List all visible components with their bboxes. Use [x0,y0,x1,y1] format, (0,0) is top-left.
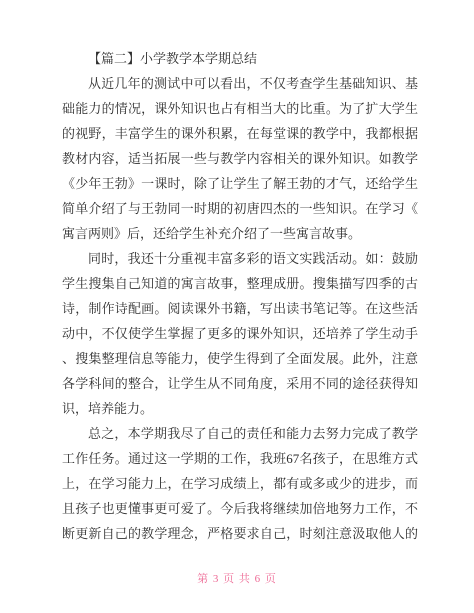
paragraph: 从近几年的测试中可以看出，不仅考查学生基础知识、基 础能力的情况，课外知识也占有… [62,71,418,246]
text-line: 且孩子也更懂事更可爱了。今后我将继续加倍地努力工作，不 [62,496,418,521]
document-body: 【篇二】小学教学本学期总结 从近几年的测试中可以看出，不仅考查学生基础知识、基 … [62,46,418,546]
text-line: 上，在学习能力上，在学习成绩上，都有或多或少的进步，而 [62,471,418,496]
document-title: 【篇二】小学教学本学期总结 [62,46,418,71]
text-line: 诗，制作诗配画。阅读课外书籍，写出读书笔记等。在这些活 [62,296,418,321]
paragraph: 同时，我还十分重视丰富多彩的语文实践活动。如：鼓励 学生搜集自己知道的寓言故事，… [62,246,418,421]
text-line: 动中，不仅使学生掌握了更多的课外知识，还培养了学生动手 [62,321,418,346]
text-line: 础能力的情况，课外知识也占有相当大的比重。为了扩大学生 [62,96,418,121]
text-line: 工作任务。通过这一学期的工作，我班67名孩子，在思维方式 [62,446,418,471]
text-line: 教材内容，适当拓展一些与教学内容相关的课外知识。如教学 [62,146,418,171]
text-line: 识，培养能力。 [62,396,418,421]
text-line: 简单介绍了与王勃同一时期的初唐四杰的一些知识。在学习《 [62,196,418,221]
text-line: 寓言两则》后，还给学生补充介绍了一些寓言故事。 [62,221,418,246]
text-line: 断更新自己的教学理念，严格要求自己，时刻注意汲取他人的 [62,521,418,546]
text-line: 、搜集整理信息等能力，使学生得到了全面发展。此外，注意 [62,346,418,371]
text-line: 各学科间的整合，让学生从不同角度，采用不同的途径获得知 [62,371,418,396]
text-line: 的视野，丰富学生的课外积累，在每堂课的教学中，我都根据 [62,121,418,146]
document-page: 【篇二】小学教学本学期总结 从近几年的测试中可以看出，不仅考查学生基础知识、基 … [0,0,474,613]
page-number-footer: 第 3 页 共 6 页 [0,570,474,588]
text-line: 总之，本学期我尽了自己的责任和能力去努力完成了教学 [62,421,418,446]
text-line: 学生搜集自己知道的寓言故事，整理成册。搜集描写四季的古 [62,271,418,296]
text-line: 从近几年的测试中可以看出，不仅考查学生基础知识、基 [62,71,418,96]
paragraph: 总之，本学期我尽了自己的责任和能力去努力完成了教学 工作任务。通过这一学期的工作… [62,421,418,546]
text-line: 同时，我还十分重视丰富多彩的语文实践活动。如：鼓励 [62,246,418,271]
text-line: 《少年王勃》一课时，除了让学生了解王勃的才气，还给学生 [62,171,418,196]
